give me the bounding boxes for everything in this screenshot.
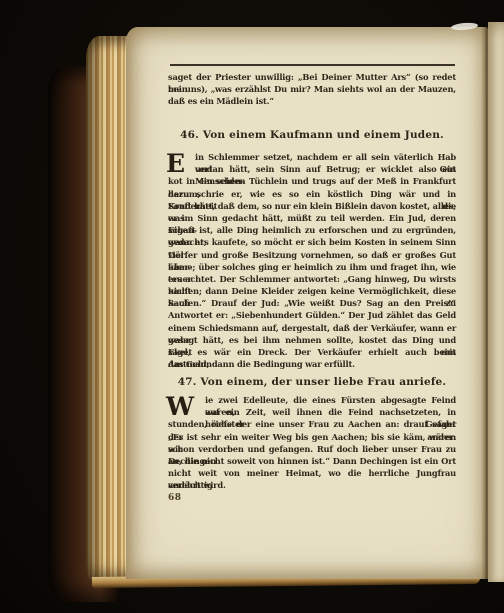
story-46-heading: 46. Von einem Kaufmann und einem Juden.: [168, 129, 456, 141]
text-line: an, die nicht soweit von hinnen ist.“ Da…: [168, 455, 456, 467]
text-line: Dörfer und große Besitzung vornehmen, so…: [168, 249, 456, 261]
text-line: ers achtet. Der Schlemmer antwortet: „Ga…: [168, 273, 456, 285]
text-line: bei uns), „was erzählst Du mir? Man sieh…: [168, 83, 456, 95]
text-line: stunden, riefe der eine unser Frau zu Aa…: [168, 418, 456, 430]
facing-page-sliver: [488, 22, 504, 582]
text-line: daß es ein Mädlein ist.“: [168, 95, 456, 107]
text-line: wann ers kaufete, so möcht er sich beim …: [168, 236, 456, 248]
text-line: das Geld, dann die Bedingung war erfüllt…: [168, 358, 456, 370]
text-line: Antwortet er: „Siebenhundert Gülden.“ De…: [168, 309, 456, 321]
text-line: dazu schrie er, wie es so ein köstlich D…: [168, 188, 456, 200]
text-line: „Es ist sehr ein weiter Weg bis gen Aach…: [168, 431, 456, 443]
paragraph-lines: saget der Priester unwillig: „Bei Deiner…: [168, 71, 456, 108]
text-line: saget der Priester unwillig: „Bei Deiner…: [168, 71, 456, 83]
text-line: Kraft hätt, daß dem, so nur ein klein Bi…: [168, 200, 456, 212]
text-line: in Schlemmer setzet, nachdem er all sein…: [168, 151, 456, 163]
paragraph-story-46: E in Schlemmer setzet, nachdem er all se…: [168, 151, 456, 370]
paragraph-lines: in Schlemmer setzet, nachdem er all sein…: [168, 151, 456, 370]
text-line: schaft ist, alle Ding heimlich zu erfors…: [168, 224, 456, 236]
text-line: er im Sinn gedacht hätt, müßt zu teil we…: [168, 212, 456, 224]
text-line: ie zwei Edelleute, die eines Fürsten abg…: [168, 394, 456, 406]
book-photo: saget der Priester unwillig: „Bei Deiner…: [0, 0, 504, 613]
header-rule: [170, 64, 455, 66]
paragraph-lines: ie zwei Edelleute, die eines Fürsten abg…: [168, 394, 456, 492]
page-number: 68: [168, 493, 182, 503]
text-line: schon verdorben und gefangen. Ruf doch l…: [168, 443, 456, 455]
text-line: gesagt hätt, es bei ihm nehmen sollte, k…: [168, 334, 456, 346]
text-line: verehrt wird.: [168, 479, 456, 491]
text-line: kot in ein seiden Tüchlein und trugs auf…: [168, 175, 456, 187]
text-line: Ekel, es wär ein Dreck. Der Verkäufer er…: [168, 346, 456, 358]
text-line: auf ein Zeit, weil ihnen die Feind nachs…: [168, 406, 456, 418]
drop-cap-w: W: [166, 394, 194, 419]
text-line: käme; über solches ging er heimlich zu i…: [168, 261, 456, 273]
text-line: kaufen; dann Deine Kleider zeigen keine …: [168, 285, 456, 297]
paragraph-story-47: W ie zwei Edelleute, die eines Fürsten a…: [168, 394, 456, 492]
paragraph-continuation: saget der Priester unwillig: „Bei Deiner…: [168, 71, 456, 108]
story-47-heading: 47. Von einem, der unser liebe Frau anri…: [168, 376, 456, 388]
text-line: vertan hätt, sein Sinn auf Betrug; er wi…: [168, 163, 456, 175]
text-line: einem Schiedsmann auf, dergestalt, daß d…: [168, 322, 456, 334]
drop-cap-e: E: [166, 151, 185, 176]
text-line: nicht weit von meiner Heimat, wo die her…: [168, 467, 456, 479]
text-line: kaufen.“ Drauf der Jud: „Wie weißt Dus? …: [168, 297, 456, 309]
